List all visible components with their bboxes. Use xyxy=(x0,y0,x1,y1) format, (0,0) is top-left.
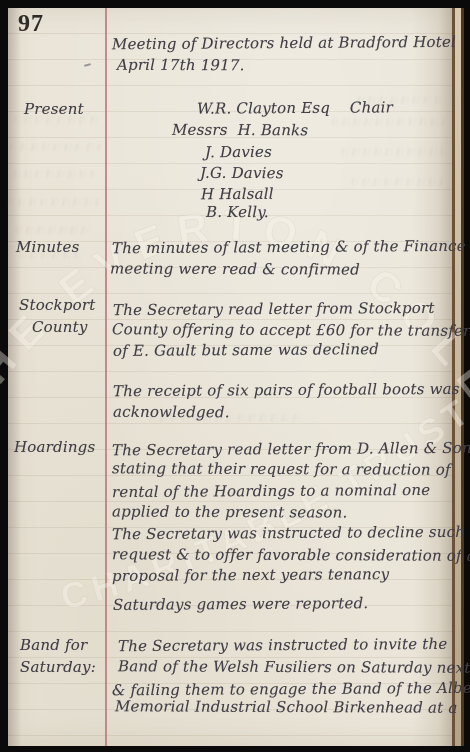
manuscript-line: Meeting of Directors held at Bradford Ho… xyxy=(112,35,456,52)
manuscript-line: acknowledged. xyxy=(113,405,230,421)
manuscript-line: April 17th 1917. xyxy=(117,58,245,74)
margin-label: Hoardings xyxy=(14,440,95,455)
margin-label: Stockport xyxy=(19,298,95,313)
book-cover-edge xyxy=(461,8,464,746)
manuscript-line: Band of the Welsh Fusiliers on Saturday … xyxy=(118,659,470,676)
page-number: 97 xyxy=(18,11,44,38)
manuscript-line: & failing them to engage the Band of the… xyxy=(112,681,470,699)
showthrough-mark xyxy=(14,170,97,178)
manuscript-line: The Secretary was instructed to decline … xyxy=(112,525,465,542)
margin-label: Saturday: xyxy=(20,660,96,675)
minute-book-photo: THE EVERTON COLLECTION CHARITABLE TRUST … xyxy=(0,0,470,752)
manuscript-line: J. Davies xyxy=(205,145,272,160)
red-margin-rule xyxy=(105,8,107,746)
manuscript-line: of E. Gault but same was declined xyxy=(113,342,379,359)
manuscript-line: applied to the present season. xyxy=(112,504,348,520)
manuscript-line: B. Kelly. xyxy=(206,205,269,220)
manuscript-line: Messrs H. Banks xyxy=(172,123,308,139)
margin-label: Minutes xyxy=(16,240,79,255)
manuscript-line: meeting were read & confirmed xyxy=(110,261,360,277)
manuscript-line: Saturdays games were reported. xyxy=(113,596,368,613)
showthrough-mark xyxy=(16,226,89,234)
margin-label: County xyxy=(32,320,88,335)
manuscript-line: J.G. Davies xyxy=(200,166,284,181)
manuscript-line: The minutes of last meeting & of the Fin… xyxy=(112,239,466,256)
manuscript-line: The Secretary read letter from Stockport xyxy=(113,301,435,318)
manuscript-line: County offering to accept £60 for the tr… xyxy=(112,322,470,339)
showthrough-mark xyxy=(342,148,447,156)
margin-label: Present xyxy=(24,102,84,117)
showthrough-mark xyxy=(352,178,445,186)
manuscript-line: Memorial Industrial School Birkenhead at… xyxy=(115,699,458,715)
manuscript-line: H Halsall xyxy=(201,187,274,203)
manuscript-line: rental of the Hoardings to a nominal one xyxy=(112,483,430,500)
manuscript-line: W.R. Clayton Esq Chair xyxy=(197,100,393,116)
manuscript-line: stating that their request for a reducti… xyxy=(112,461,451,477)
manuscript-line: proposal for the next years tenancy xyxy=(112,567,389,584)
margin-label: Band for xyxy=(20,638,87,653)
manuscript-line: request & to offer favorable considerati… xyxy=(112,547,470,564)
showthrough-mark xyxy=(332,118,445,126)
showthrough-mark xyxy=(10,143,101,151)
manuscript-line: The receipt of six pairs of football boo… xyxy=(113,382,460,399)
manuscript-line: The Secretary was instructed to invite t… xyxy=(118,637,448,654)
manuscript-line: The Secretary read letter from D. Allen … xyxy=(112,441,470,459)
showthrough-mark xyxy=(8,198,101,206)
